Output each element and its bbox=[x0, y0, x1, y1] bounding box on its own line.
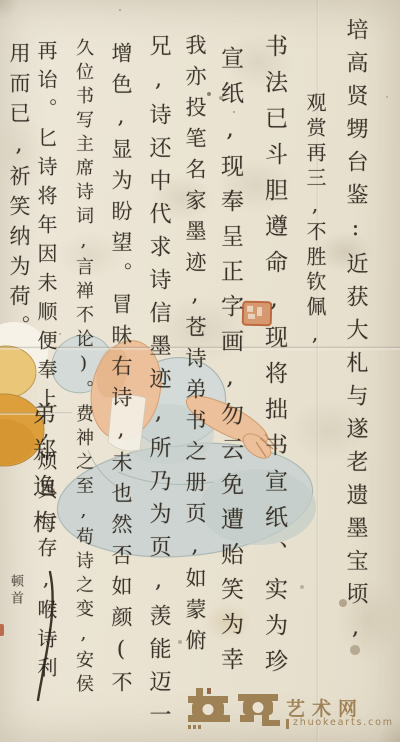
calligraphy-column: 再诒。匕诗将年因未顺便奉上,烦具一存,喉诗利 bbox=[32, 40, 61, 686]
signature-column: 弟郑逸梅 bbox=[26, 402, 59, 546]
letter-photo: 培高贤甥台鉴:近获大札与遂老遗墨宝顷, 观赏再三,不胜钦佩, 书法已斗胆遵命,现… bbox=[0, 0, 400, 742]
calligraphy-column: 宣纸,现奉呈正字画,勿云免遭贻笑为幸 bbox=[214, 46, 247, 682]
calligraphy-column: 观赏再三,不胜钦佩, bbox=[301, 92, 330, 350]
red-edge-mark bbox=[0, 624, 4, 636]
watermark-url: zhuokearts.com bbox=[293, 717, 394, 728]
calligraphy-column: 书法已斗胆遵命,现将拙书宣纸、实为珍 bbox=[258, 34, 291, 685]
calligraphy-column: 增色,显为盼望。冒昧右诗,未也然否如颜(不 bbox=[106, 42, 136, 702]
signature-suffix: 顿首 bbox=[6, 574, 25, 608]
calligraphy-column: 用而已,祈笑纳为荷。 bbox=[4, 42, 34, 345]
calligraphy-column: 我亦投笔名家墨迹,苍诗弟书之册页,如蒙俯 bbox=[180, 34, 210, 660]
watermark-divider bbox=[286, 719, 289, 729]
calligraphy-column: 兄,诗还中代求诗信墨迹,所乃为页,羡能迈一 bbox=[143, 34, 174, 736]
calligraphy-column: 久位书写主席诗词,言禅不论)。费神之至,苟诗之变,安侯 bbox=[70, 38, 96, 698]
calligraphy-column: 培高贤甥台鉴:近获大札与遂老遗墨宝顷, bbox=[340, 18, 371, 651]
zhuoke-logo-icon bbox=[188, 688, 282, 730]
